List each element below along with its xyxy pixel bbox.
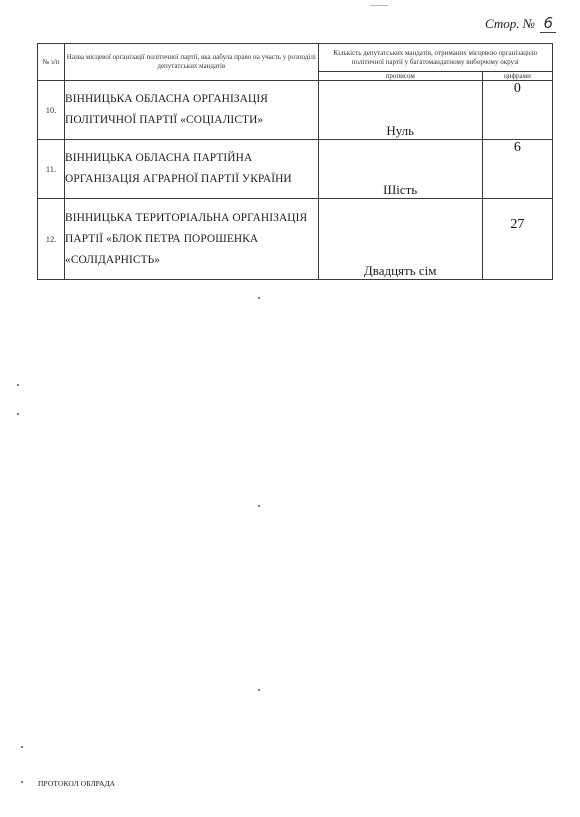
header-number: № з/п <box>38 44 65 81</box>
scan-speck <box>21 746 23 748</box>
mandates-in-words: Шість <box>318 140 482 199</box>
mandates-in-digits: 27 <box>482 199 552 280</box>
table-row: 12. ВІННИЦЬКА ТЕРИТОРІАЛЬНА ОРГАНІЗАЦІЯ … <box>38 199 553 280</box>
row-number: 12. <box>38 199 65 280</box>
party-name: ВІННИЦЬКА ОБЛАСНА ОРГАНІЗАЦІЯ ПОЛІТИЧНОЇ… <box>65 81 318 140</box>
page-number-value: 6 <box>540 14 556 33</box>
scan-speck <box>258 297 260 299</box>
scan-speck <box>17 413 19 415</box>
mandates-in-words: Нуль <box>318 81 482 140</box>
table-row: 10. ВІННИЦЬКА ОБЛАСНА ОРГАНІЗАЦІЯ ПОЛІТИ… <box>38 81 553 140</box>
scan-mark <box>370 5 388 6</box>
mandates-table: № з/п Назва місцевої організації політич… <box>37 43 553 280</box>
row-number: 11. <box>38 140 65 199</box>
table-row: 11. ВІННИЦЬКА ОБЛАСНА ПАРТІЙНА ОРГАНІЗАЦ… <box>38 140 553 199</box>
party-name: ВІННИЦЬКА ТЕРИТОРІАЛЬНА ОРГАНІЗАЦІЯ ПАРТ… <box>65 199 318 280</box>
mandates-in-digits: 0 <box>482 81 552 140</box>
header-party-name: Назва місцевої організації політичної па… <box>65 44 318 81</box>
header-mandates-group: Кількість депутатських мандатів, отриман… <box>318 44 552 72</box>
scan-speck <box>17 384 19 386</box>
mandates-in-words: Двадцять сім <box>318 199 482 280</box>
scan-speck <box>21 781 23 783</box>
page-number: Стор. № 6 <box>485 14 556 33</box>
header-in-digits: цифрами <box>482 72 552 81</box>
header-in-words: прописом <box>318 72 482 81</box>
mandates-in-digits: 6 <box>482 140 552 199</box>
row-number: 10. <box>38 81 65 140</box>
scan-speck <box>258 505 260 507</box>
party-name: ВІННИЦЬКА ОБЛАСНА ПАРТІЙНА ОРГАНІЗАЦІЯ А… <box>65 140 318 199</box>
scan-speck <box>258 689 260 691</box>
footer-note: ПРОТОКОЛ ОБЛРАДА <box>38 779 115 788</box>
page-number-label: Стор. № <box>485 16 535 31</box>
